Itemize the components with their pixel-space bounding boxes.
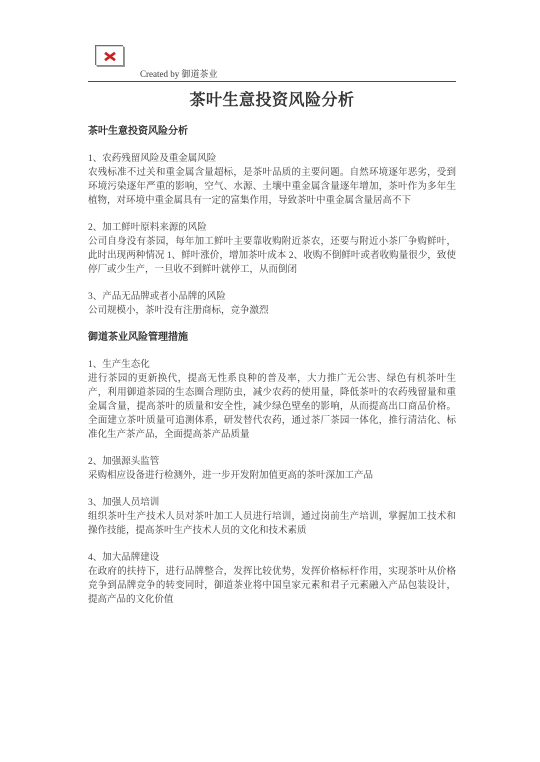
page-header: Created by 御道茶业 xyxy=(88,46,456,82)
measure-item-body: 在政府的扶持下，进行品牌整合，发挥比较优势，发挥价格标杆作用，实现茶叶从价格竞争… xyxy=(88,565,456,607)
risk-item-title: 1、农药残留风险及重金属风险 xyxy=(88,152,456,166)
section-heading: 茶叶生意投资风险分析 xyxy=(88,125,456,139)
document-page: Created by 御道茶业 茶叶生意投资风险分析 茶叶生意投资风险分析 1、… xyxy=(0,0,540,762)
measure-item-body: 进行茶园的更新换代，提高无性系良种的普及率，大力推广无公害、绿色有机茶叶生产，利… xyxy=(88,372,456,442)
image-placeholder-box xyxy=(96,46,124,66)
risk-item: 1、农药残留风险及重金属风险 农残标准不过关和重金属含量超标，是茶叶品质的主要问… xyxy=(88,152,456,208)
section-heading: 御道茶业风险管理措施 xyxy=(88,331,456,345)
risk-item-title: 2、加工鲜叶原料来源的风险 xyxy=(88,221,456,235)
header-credit: Created by 御道茶业 xyxy=(140,69,456,80)
measure-item-body: 组织茶叶生产技术人员对茶叶加工人员进行培训，通过岗前生产培训，掌握加工技术和操作… xyxy=(88,510,456,538)
measure-item: 4、加大品牌建设 在政府的扶持下，进行品牌整合，发挥比较优势，发挥价格标杆作用，… xyxy=(88,551,456,607)
measure-item-title: 4、加大品牌建设 xyxy=(88,551,456,565)
risk-item-body: 公司自身没有茶园，每年加工鲜叶主要靠收购附近茶农，还要与附近小茶厂争购鲜叶，此时… xyxy=(88,235,456,277)
document-content: Created by 御道茶业 茶叶生意投资风险分析 茶叶生意投资风险分析 1、… xyxy=(88,46,456,607)
measure-item-title: 3、加强人员培训 xyxy=(88,496,456,510)
document-title: 茶叶生意投资风险分析 xyxy=(88,91,456,111)
risk-item: 3、产品无品牌或者小品牌的风险 公司规模小，茶叶没有注册商标，竞争激烈 xyxy=(88,290,456,318)
measure-item-title: 2、加强源头监管 xyxy=(88,455,456,469)
broken-image-icon xyxy=(104,52,116,61)
header-rule xyxy=(88,81,456,82)
measure-item-body: 采购相应设备进行检测外，进一步开发附加值更高的茶叶深加工产品 xyxy=(88,469,456,483)
measure-item: 3、加强人员培训 组织茶叶生产技术人员对茶叶加工人员进行培训，通过岗前生产培训，… xyxy=(88,496,456,538)
risk-item-title: 3、产品无品牌或者小品牌的风险 xyxy=(88,290,456,304)
section-risk-analysis: 茶叶生意投资风险分析 1、农药残留风险及重金属风险 农残标准不过关和重金属含量超… xyxy=(88,125,456,318)
risk-item-body: 公司规模小，茶叶没有注册商标，竞争激烈 xyxy=(88,304,456,318)
risk-item: 2、加工鲜叶原料来源的风险 公司自身没有茶园，每年加工鲜叶主要靠收购附近茶农，还… xyxy=(88,221,456,277)
measure-item: 2、加强源头监管 采购相应设备进行检测外，进一步开发附加值更高的茶叶深加工产品 xyxy=(88,455,456,483)
measure-item-title: 1、生产生态化 xyxy=(88,358,456,372)
measure-item: 1、生产生态化 进行茶园的更新换代，提高无性系良种的普及率，大力推广无公害、绿色… xyxy=(88,358,456,442)
risk-item-body: 农残标准不过关和重金属含量超标，是茶叶品质的主要问题。自然环境逐年恶劣，受到环境… xyxy=(88,166,456,208)
section-risk-management: 御道茶业风险管理措施 1、生产生态化 进行茶园的更新换代，提高无性系良种的普及率… xyxy=(88,331,456,607)
